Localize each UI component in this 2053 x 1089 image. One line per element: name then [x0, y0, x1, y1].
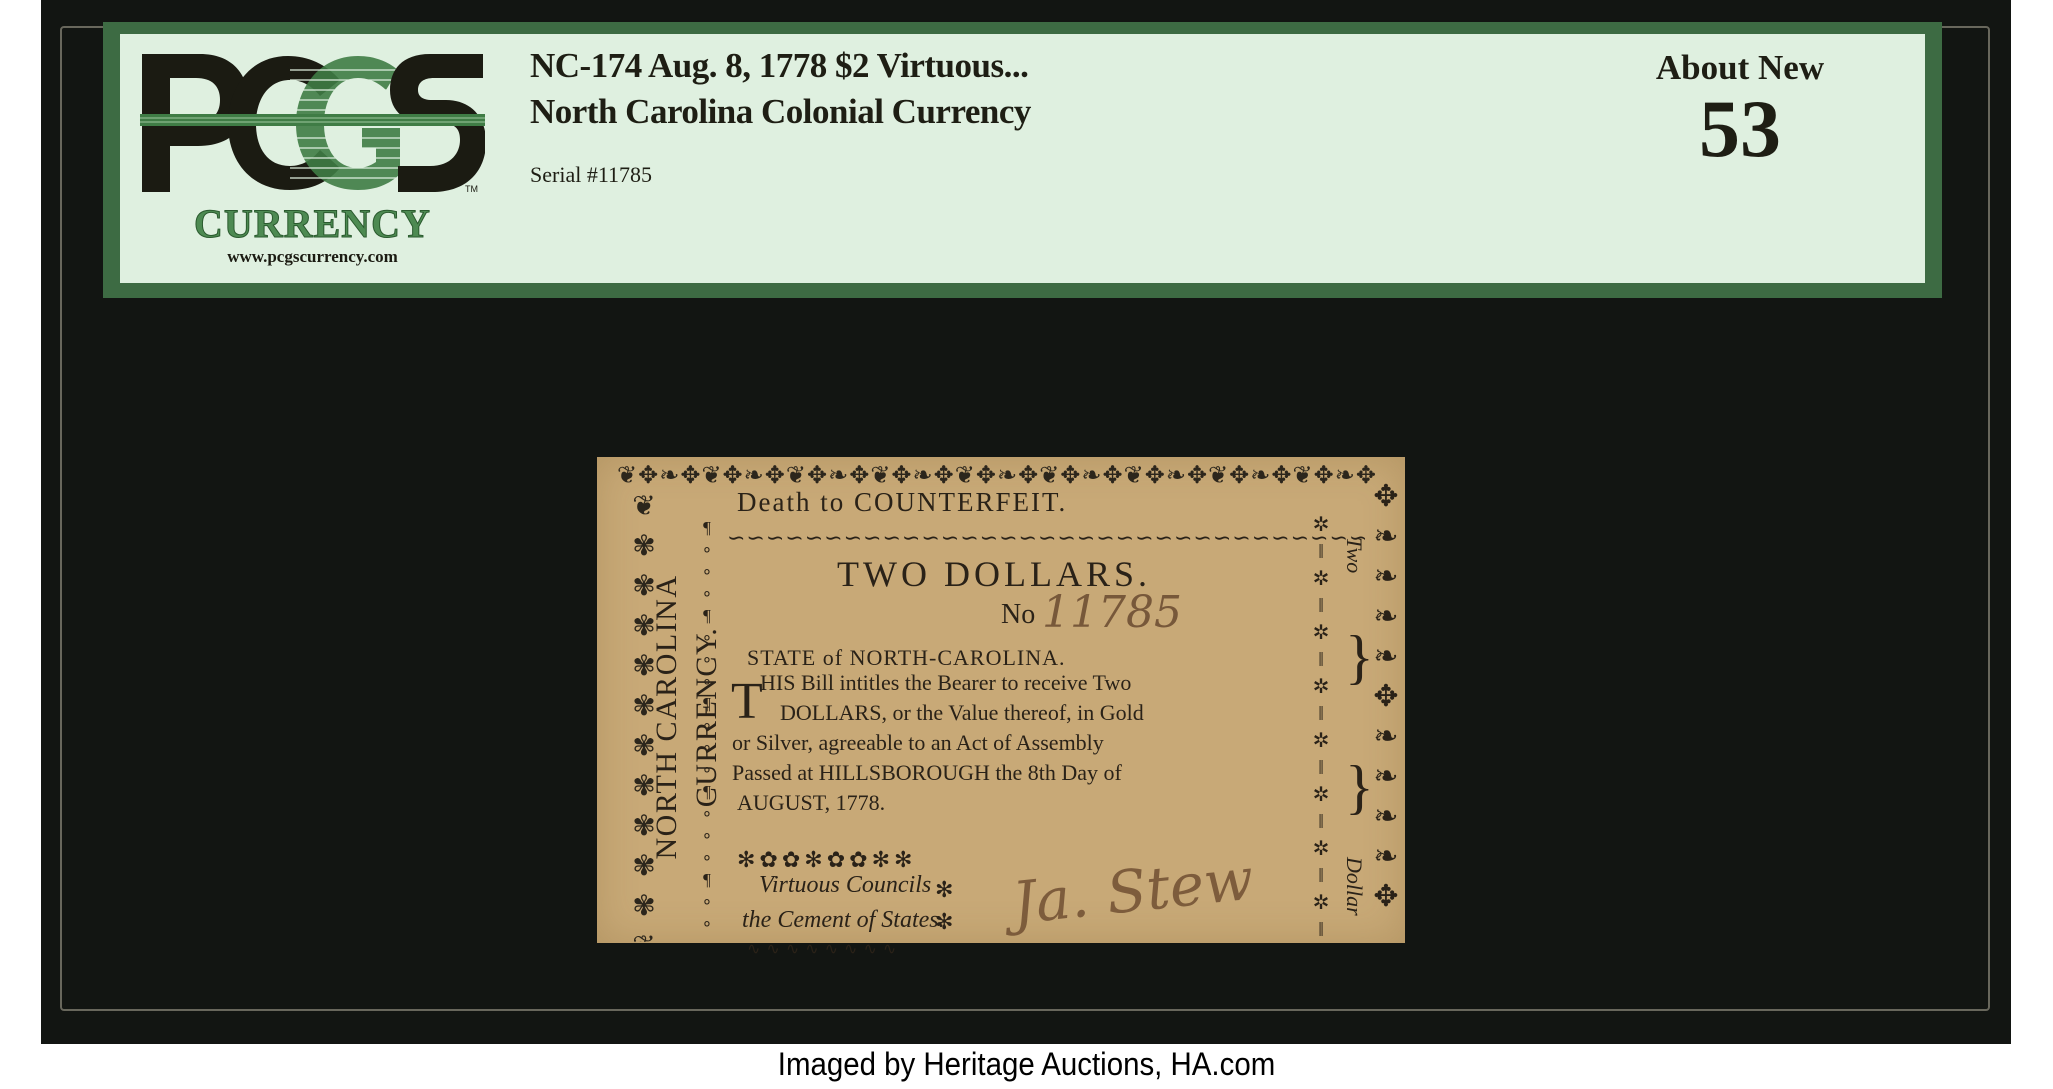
note-header: Death to COUNTERFEIT.	[737, 487, 1067, 518]
ornament-column-right: ✲‖✲‖✲‖✲‖✲‖✲‖✲‖✲‖	[1307, 512, 1335, 942]
note-title: NC-174 Aug. 8, 1778 $2 Virtuous...	[530, 46, 1028, 86]
body-line-4: Passed at HILLSBOROUGH the 8th Day of	[732, 760, 1122, 786]
logo-url: www.pcgscurrency.com	[140, 247, 485, 267]
left-border-text: NORTH CAROLINA CURRENCY.	[647, 497, 687, 937]
motto-line-1: Virtuous Councils	[759, 872, 931, 899]
grade-number: 53	[1610, 82, 1870, 176]
body-line-2: DOLLARS, or the Value thereof, in Gold	[780, 700, 1144, 726]
star-ornament-icon: ✻	[935, 877, 953, 903]
initial-letter: T	[731, 672, 763, 731]
right-border-text: Two Dollar	[1339, 537, 1369, 937]
ornament-border-right: ✥❧❧❧❧✥❧❧❧❧✥	[1369, 477, 1403, 937]
body-line-5: AUGUST, 1778.	[737, 790, 885, 816]
number-prefix: No	[1001, 599, 1035, 631]
pcgs-logo-mark-icon	[140, 50, 485, 195]
ornament-bottom-row: ∿∿∿∿∿∿∿∿	[747, 939, 902, 959]
currency-note: ❦✥❧✥❦✥❧✥❦✥❧✥❦✥❧✥❦✥❧✥❦✥❧✥❦✥❧✥❦✥❧✥❦✥❧✥ ❦✾✾…	[597, 457, 1405, 943]
serial-number: Serial #11785	[530, 162, 652, 188]
state-line: STATE of NORTH-CAROLINA.	[747, 645, 1066, 671]
ornament-divider: ∽∽∽∽∽∽∽∽∽∽∽∽∽∽∽∽∽∽∽∽∽∽∽∽∽∽∽∽∽∽∽∽∽	[727, 525, 1387, 551]
image-credit: Imaged by Heritage Auctions, HA.com	[82, 1046, 1971, 1083]
body-line-1: HIS Bill intitles the Bearer to receive …	[760, 670, 1131, 696]
star-ornament-icon: ✻	[935, 909, 953, 935]
label-panel: TM CURRENCY www.pcgscurrency.com NC-174 …	[120, 34, 1925, 283]
motto-line-2: the Cement of States.	[742, 907, 945, 934]
trademark-symbol: TM	[465, 184, 478, 194]
logo-currency-text: CURRENCY	[140, 200, 485, 247]
ornament-column-left: ¶∘∘∘¶∘∘∘¶∘∘∘¶∘∘∘¶∘∘	[697, 517, 717, 937]
grading-label: TM CURRENCY www.pcgscurrency.com NC-174 …	[103, 22, 1942, 298]
signature: Ja. Stew	[1009, 845, 1257, 938]
handwritten-serial: 11785	[1042, 587, 1182, 638]
ornament-stars: ✻✿✿✻✿✿✻✻	[737, 847, 916, 873]
note-subtitle: North Carolina Colonial Currency	[530, 92, 1031, 132]
body-line-3: or Silver, agreeable to an Act of Assemb…	[732, 730, 1104, 756]
pcgs-logo: TM CURRENCY www.pcgscurrency.com	[140, 50, 485, 290]
